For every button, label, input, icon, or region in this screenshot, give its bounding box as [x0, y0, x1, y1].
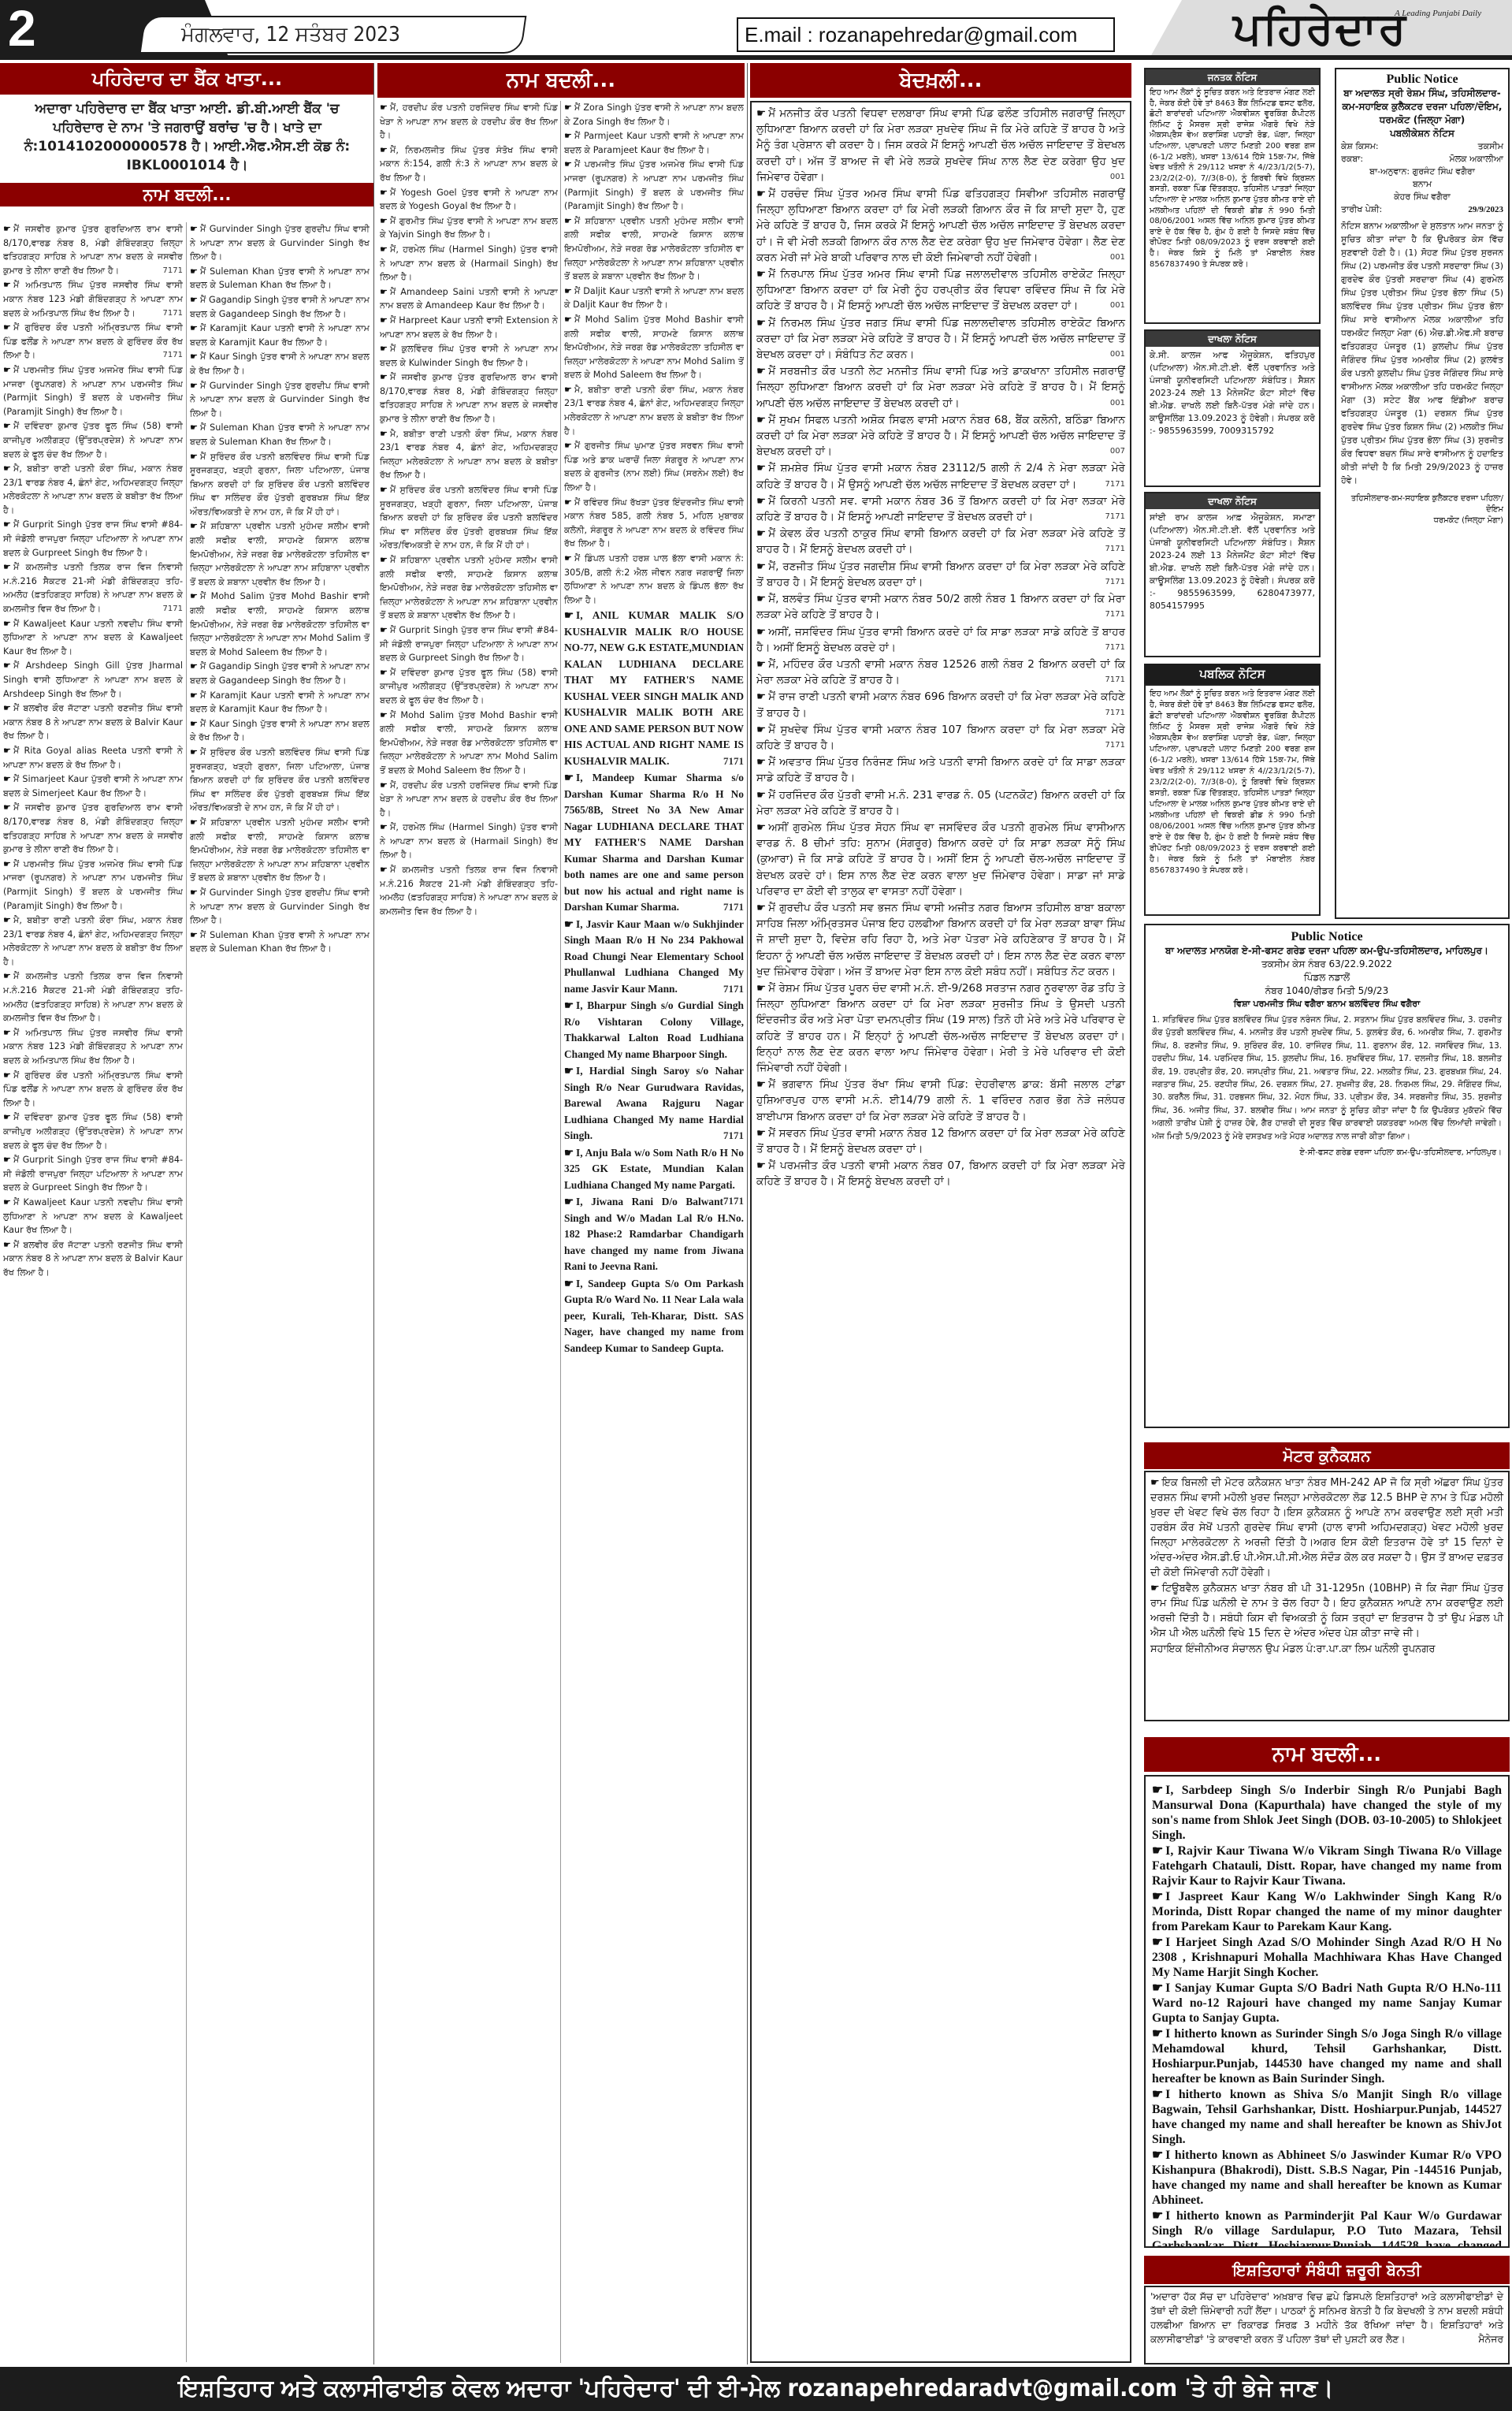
order-number: ਨੰਬਰ 1040/ਰੀਡਰ ਮਿਤੀ 5/9/23	[1152, 984, 1502, 998]
list-item: ☛ਮੈਂ ਦਵਿੰਦਰਾ ਕੁਮਾਰ ਪੁੱਤਰ ਫੂਲ ਸਿੰਘ (58) ਵ…	[3, 1111, 183, 1152]
pointing-hand-icon: ☛	[190, 887, 198, 898]
publication-notice-label: ਪਬਲੀਕੇਸ਼ਨ ਨੋਟਿਸ	[1341, 127, 1503, 140]
list-item: ☛ਮੈਂ ਅਵਤਾਰ ਸਿੰਘ ਪੁੱਤਰ ਨਿਰੰਜਣ ਸਿੰਘ ਅਤੇ ਪਤ…	[756, 754, 1125, 786]
pointing-hand-icon: ☛	[380, 188, 388, 198]
list-item: ☛ਮੈਂ ਸੁਰਿੰਦਰ ਕੌਰ ਪਤਨੀ ਬਲਵਿੰਦਰ ਸਿੰਘ ਵਾਸੀ …	[190, 450, 370, 519]
motor-connection-list: ☛ਇਕ ਬਿਜਲੀ ਦੀ ਮੋਟਰ ਕਨੈਕਸ਼ਨ ਖਾਤਾ ਨੰਬਰ MH-2…	[1144, 1471, 1510, 1721]
pointing-hand-icon: ☛	[380, 485, 388, 495]
admission-notice-header: ਦਾਖਲਾ ਨੋਟਿਸ	[1146, 493, 1319, 509]
list-item: ☛ਮੈਂ, ਬਲਵੰਤ ਸਿੰਘ ਪੁੱਤਰ ਵਾਸੀ ਮਕਾਨ ਨੰਬਰ 50…	[756, 591, 1125, 623]
pointing-hand-icon: ☛	[564, 497, 572, 508]
list-item: ☛ਮੈਂ ਗੁਰਜੀਤ ਸਿੰਘ ਘੁਮਾਣ ਪੁੱਤਰ ਸਰਵਨ ਸਿੰਘ ਵ…	[564, 439, 744, 494]
pointing-hand-icon: ☛	[3, 463, 11, 474]
list-item: ☛I hitherto known as Abhineet S/o Jaswin…	[1152, 2148, 1502, 2208]
list-item: ☛ਮੈਂ Simarjeet Kaur ਪੁੱਤਰੀ ਵਾਸੀ ਨੇ ਆਪਣਾ …	[3, 772, 183, 800]
list-item: ☛I Sanjay Kumar Gupta S/O Badri Nath Gup…	[1152, 1981, 1502, 2026]
disinherit-section: ਬੇਦਖ਼ਲੀ...	[750, 63, 1131, 98]
list-item: ☛ਮੈਂ ਪਰਮਜੀਤ ਕੌਰ ਪਤਨੀ ਵਾਸੀ ਮਕਾਨ ਨੰਬਰ 07, …	[756, 1158, 1125, 1189]
pointing-hand-icon: ☛	[1152, 1784, 1163, 1797]
pointing-hand-icon: ☛	[3, 774, 11, 784]
case-subject: ਵਿਸ਼ਾ ਪਰਮਜੀਤ ਸਿੰਘ ਵਗੈਰਾ ਬਨਾਮ ਬਲਵਿੰਦਰ ਸਿੰ…	[1152, 998, 1502, 1010]
list-item: ☛ਮੈਂ ਪਰਮਜੀਤ ਸਿੰਘ ਪੁੱਤਰ ਅਜਮੇਰ ਸਿੰਘ ਵਾਸੀ ਪ…	[564, 158, 744, 213]
list-item: ☛ਮੈਂ Gurvinder Singh ਪੁੱਤਰ ਗੁਰਦੀਪ ਸਿੰਘ ਵ…	[190, 886, 370, 928]
list-item: ☛ਮੈਂ ਅਮਿਤਪਾਲ ਸਿੰਘ ਪੁੱਤਰ ਜਸਵੀਰ ਸਿੰਘ ਵਾਸੀ …	[3, 278, 183, 320]
pointing-hand-icon: ☛	[564, 441, 572, 451]
pointing-hand-icon: ☛	[3, 703, 11, 713]
pointing-hand-icon: ☛	[3, 660, 11, 671]
list-item: ☛ਮੈਂ ਹਰਚੰਦ ਸਿੰਘ ਪੁੱਤਰ ਅਮਰ ਸਿੰਘ ਵਾਸੀ ਪਿੰਡ…	[756, 186, 1125, 266]
pointing-hand-icon: ☛	[380, 244, 388, 255]
pointing-hand-icon: ☛	[756, 268, 766, 281]
list-item: ☛ਮੈਂ Harpreet Kaur ਪਤਨੀ ਵਾਸੀ Extension ਨ…	[380, 314, 558, 341]
name-change-mid-col-a: ☛ਮੈਂ, ਹਰਦੀਪ ਕੌਰ ਪਤਨੀ ਹਰਜਿੰਦਰ ਸਿੰਘ ਵਾਸੀ ਪ…	[380, 101, 558, 2363]
list-item: ☛ਮੈਂ ਕਮਲਜੀਤ ਪਤਨੀ ਤਿਲਕ ਰਾਜ ਵਿਜ ਨਿਵਾਸੀ ਮ.ਨ…	[3, 969, 183, 1025]
list-item: ☛ਮੈਂ Suleman Khan ਪੁੱਤਰ ਵਾਸੀ ਨੇ ਆਪਣਾ ਨਾਮ…	[190, 421, 370, 448]
pointing-hand-icon: ☛	[756, 495, 766, 508]
pointing-hand-icon: ☛	[756, 527, 766, 540]
pointing-hand-icon: ☛	[190, 422, 198, 433]
name-change-header-middle: ਨਾਮ ਬਦਲੀ...	[377, 63, 745, 98]
list-item: ☛ਮੈਂ Gurvinder Singh ਪੁੱਤਰ ਗੁਰਦੀਪ ਸਿੰਘ ਵ…	[190, 379, 370, 421]
pointing-hand-icon: ☛	[564, 216, 572, 226]
pointing-hand-icon: ☛	[564, 1065, 574, 1077]
pointing-hand-icon: ☛	[564, 609, 574, 621]
pointing-hand-icon: ☛	[3, 971, 11, 981]
list-item: ☛I, Bharpur Singh s/o Gurdial Singh R/o …	[564, 998, 744, 1062]
pointing-hand-icon: ☛	[380, 287, 388, 297]
pointing-hand-icon: ☛	[1150, 1583, 1160, 1594]
pointing-hand-icon: ☛	[1152, 2027, 1163, 2041]
pointing-hand-icon: ☛	[756, 724, 766, 736]
list-item: ☛ਮੈਂ ਨਿਰਮਲ ਸਿੰਘ ਪੁੱਤਰ ਜਗਤ ਸਿੰਘ ਵਾਸੀ ਪਿੰਡ…	[756, 315, 1125, 363]
case-number: ਤਕਸੀਮ ਕੇਸ ਨੰਬਰ 63/22.9.2022	[1152, 958, 1502, 971]
pointing-hand-icon: ☛	[3, 365, 11, 375]
pointing-hand-icon: ☛	[1152, 2149, 1163, 2162]
pointing-hand-icon: ☛	[380, 822, 388, 832]
pointing-hand-icon: ☛	[190, 381, 198, 391]
pointing-hand-icon: ☛	[380, 344, 388, 354]
list-item: ☛ਮੈਂ Kaur Singh ਪੁੱਤਰ ਵਾਸੀ ਨੇ ਆਪਣਾ ਨਾਮ ਬ…	[190, 717, 370, 745]
pointing-hand-icon: ☛	[190, 352, 198, 362]
pointing-hand-icon: ☛	[380, 102, 388, 113]
list-item: ☛I, Sandeep Gupta S/o Om Parkash Gupta R…	[564, 1276, 744, 1357]
pointing-hand-icon: ☛	[756, 658, 766, 671]
list-item: ☛ਮੈਂ Suleman Khan ਪੁੱਤਰ ਵਾਸੀ ਨੇ ਆਪਣਾ ਨਾਮ…	[190, 928, 370, 956]
area-row: ਰਕਬਾ:ਮੋਲਕ ਅਕਾਲੀਆ	[1341, 153, 1503, 166]
pointing-hand-icon: ☛	[756, 188, 766, 200]
list-item: ☛ਅਸੀਂ ਗੁਰਮੇਲ ਸਿੰਘ ਪੁੱਤਰ ਸੋਹਨ ਸਿੰਘ ਵਾ ਜਸਵ…	[756, 820, 1125, 899]
pointing-hand-icon: ☛	[3, 1240, 11, 1250]
list-item: ☛ਮੈਂ ਸ਼ਹਿਬਾਨਾ ਪ੍ਰਵੀਨ ਪਤਨੀ ਮੁਹੰਮਦ ਸਲੀਮ ਵਾ…	[380, 553, 558, 623]
list-item: ☛ਮੈਂ Mohd Salim ਪੁੱਤਰ Mohd Bashir ਵਾਸੀ ਗ…	[564, 313, 744, 382]
list-item: ☛I, Rajvir Kaur Tiwana W/o Vikram Singh …	[1152, 1844, 1502, 1888]
pointing-hand-icon: ☛	[190, 224, 198, 234]
footer-banner: ਇਸ਼ਤਿਹਾਰ ਅਤੇ ਕਲਾਸੀਫਾਈਡ ਕੇਵਲ ਅਦਾਰਾ 'ਪਹਿਰੇ…	[0, 2367, 1512, 2411]
pointing-hand-icon: ☛	[190, 266, 198, 277]
list-item: ☛I Harjeet Singh Azad S/O Mohinder Singh…	[1152, 1935, 1502, 1980]
pointing-hand-icon: ☛	[190, 295, 198, 305]
motor-signature: ਸਹਾਇਕ ਇੰਜੀਨੀਅਰ ਸੰਚਾਲਨ ਉਪ ਮੰਡਲ ਪੰ:ਰਾ.ਪਾ.ਕ…	[1150, 1642, 1503, 1657]
newspaper-logo: ਪਹਿਰੇਦਾਰ	[1233, 5, 1407, 54]
list-item: ☛ਮੈਂ Gurprit Singh ਪੁੱਤਰ ਰਾਜ ਸਿੰਘ ਵਾਸੀ #…	[380, 623, 558, 665]
list-item: ☛ਮੈਂ Kaur Singh ਪੁੱਤਰ ਵਾਸੀ ਨੇ ਆਪਣਾ ਨਾਮ ਬ…	[190, 350, 370, 378]
list-item: ☛I, Mandeep Kumar Sharma s/o Darshan Kum…	[564, 770, 744, 916]
contact-email[interactable]: E.mail : rozanapehredar@gmail.com	[745, 22, 1077, 47]
ad-request-header: ਇਸ਼ਤਿਹਾਰਾਂ ਸੰਬੰਧੀ ਜ਼ਰੂਰੀ ਬੇਨਤੀ	[1144, 2256, 1510, 2284]
english-name-change-list: ☛I, ANIL KUMAR MALIK S/O KUSHALVIR MALIK…	[564, 608, 744, 1356]
list-item: ☛I hitherto known as Shiva S/o Manjit Si…	[1152, 2087, 1502, 2147]
list-item: ☛ਮੈਂ ਹਰਜਿੰਦਰ ਕੌਰ ਪੁੱਤਰੀ ਵਾਸੀ ਮ.ਨੰ. 231 ਵ…	[756, 787, 1125, 819]
list-item: ☛ਮੈਂ ਗੁਰਿੰਦਰ ਕੌਰ ਪਤਨੀ ਅੰਮ੍ਰਿਤਪਾਲ ਸਿੰਘ ਵਾ…	[3, 1069, 183, 1111]
pointing-hand-icon: ☛	[564, 131, 572, 141]
tagline: A Leading Punjabi Daily	[1395, 8, 1481, 19]
pointing-hand-icon: ☛	[756, 365, 766, 378]
janatak-notice-header: ਜਨਤਕ ਨੋਟਿਸ	[1146, 69, 1319, 85]
english-name-change-list: ☛I, Sarbdeep Singh S/o Inderbir Singh R/…	[1144, 1775, 1510, 2248]
list-item: ☛ਮੈਂ Gurprit Singh ਪੁੱਤਰ ਰਾਜ ਸਿੰਘ ਵਾਸੀ #…	[3, 518, 183, 560]
list-item: ☛ਮੈ, ਬਬੀਤਾ ਰਾਣੀ ਪਤਨੀ ਕੌਰਾ ਸਿੰਘ, ਮਕਾਨ ਨੰਬ…	[3, 913, 183, 969]
list-item: ☛ਮੈਂ Karamjit Kaur ਪਤਨੀ ਵਾਸੀ ਨੇ ਆਪਣਾ ਨਾਮ…	[190, 689, 370, 716]
pointing-hand-icon: ☛	[3, 1112, 11, 1122]
case-type-row: ਕੇਸ਼ ਕਿਸਮ:ਤਕਸੀਮ	[1341, 140, 1503, 153]
pointing-hand-icon: ☛	[756, 690, 766, 703]
pointing-hand-icon: ☛	[564, 553, 572, 564]
pointing-hand-icon: ☛	[380, 555, 388, 565]
list-item: ☛ਅਸੀਂ, ਜਸਵਿੰਦਰ ਸਿੰਘ ਪੁੱਤਰ ਵਾਸੀ ਬਿਆਨ ਕਰਦੇ…	[756, 624, 1125, 656]
pointing-hand-icon: ☛	[1150, 1477, 1160, 1489]
name-change-left-col-b: ☛ਮੈਂ Gurvinder Singh ਪੁੱਤਰ ਗੁਰਦੀਪ ਸਿੰਘ ਵ…	[190, 222, 370, 2362]
pointing-hand-icon: ☛	[3, 1028, 11, 1038]
list-item: ☛ਮੈਂ ਰੇਸ਼ਮ ਸਿੰਘ ਪੁੱਤਰ ਪੂਰਨ ਚੰਦ ਵਾਸੀ ਮ.ਨੰ…	[756, 980, 1125, 1076]
list-item: ☛ਮੈਂ, ਹਰਦੀਪ ਕੌਰ ਪਤਨੀ ਹਰਜਿੰਦਰ ਸਿੰਘ ਵਾਸੀ ਪ…	[380, 101, 558, 143]
masthead-rule	[0, 55, 1512, 60]
list-item: ☛ਮੈ, ਬਬੀਤਾ ਰਾਣੀ ਪਤਨੀ ਕੌਰਾ ਸਿੰਘ, ਮਕਾਨ ਨੰਬ…	[564, 383, 744, 438]
court-name: ਬਾ ਅਦਾਲਤ ਮਾਨਯੋਗ ਏ-ਸੀ-ਫਸਟ ਗਰੇਡ ਦਰਜਾ ਪਹਿਲਾ…	[1152, 944, 1502, 958]
pointing-hand-icon: ☛	[564, 286, 572, 296]
public-notice-header: ਪਬਲਿਕ ਨੋਟਿਸ	[1144, 664, 1321, 684]
pointing-hand-icon: ☛	[190, 452, 198, 462]
pointing-hand-icon: ☛	[564, 1196, 574, 1207]
name-change-header-left: ਨਾਮ ਬਦਲੀ...	[0, 183, 374, 206]
list-item: ☛ਮੈਂ Amandeep Saini ਪਤਨੀ ਵਾਸੀ ਨੇ ਆਪਣਾ ਨਾ…	[380, 285, 558, 313]
list-item: ☛ਮੈਂ ਦਵਿੰਦਰਾ ਕੁਮਾਰ ਪੁੱਤਰ ਫੂਲ ਸਿੰਘ (58) ਵ…	[3, 419, 183, 461]
pointing-hand-icon: ☛	[756, 1159, 766, 1172]
pointing-hand-icon: ☛	[380, 372, 388, 382]
list-item: ☛ਮੈਂ Mohd Salim ਪੁੱਤਰ Mohd Bashir ਵਾਸੀ ਗ…	[380, 709, 558, 778]
list-item: ☛ਮੈਂ Yogesh Goel ਪੁੱਤਰ ਵਾਸੀ ਨੇ ਆਪਣਾ ਨਾਮ …	[380, 186, 558, 214]
list-item: ☛ਮੈਂ ਨਿਰਪਾਲ ਸਿੰਘ ਪੁੱਤਰ ਅਮਰ ਸਿੰਘ ਵਾਸੀ ਪਿੰ…	[756, 266, 1125, 314]
janatak-notice-text: ਇਹ ਆਮ ਲੋਕਾਂ ਨੂੰ ਸੂਚਿਤ ਕਰਨ ਅਤੇ ਇਤਰਾਜ਼ ਮੰਗ…	[1146, 85, 1319, 272]
name-change-mid-col-b: ☛ਮੈਂ Zora Singh ਪੁੱਤਰ ਵਾਸੀ ਨੇ ਆਪਣਾ ਨਾਮ ਬ…	[564, 101, 744, 2363]
pointing-hand-icon: ☛	[190, 661, 198, 672]
court-place: ਧਰਮਕੋਟ (ਜਿਲ੍ਹਾ ਮੋਗਾ)	[1341, 515, 1503, 526]
pointing-hand-icon: ☛	[756, 107, 766, 120]
left-section: ਪਹਿਰੇਦਾਰ ਦਾ ਬੈਂਕ ਖਾਤਾ... ਅਦਾਰਾ ਪਹਿਰੇਦਾਰ …	[0, 63, 374, 206]
pointing-hand-icon: ☛	[190, 817, 198, 828]
court-notice-body: 1. ਸਤਿਵਿੰਦਰ ਸਿੰਘ ਪੁੱਤਰ ਬਲਵਿੰਦਰ ਸਿੰਘ ਪੁੱਤ…	[1152, 1014, 1502, 1143]
pointing-hand-icon: ☛	[756, 462, 766, 474]
pointing-hand-icon: ☛	[3, 1197, 11, 1207]
pointing-hand-icon: ☛	[1152, 2088, 1163, 2101]
page-number: 2	[8, 2, 36, 55]
masthead: 2 ਮੰਗਲਵਾਰ, 12 ਸਤੰਬਰ 2023 E.mail : rozana…	[0, 0, 1512, 60]
pointing-hand-icon: ☛	[564, 385, 572, 395]
list-item: ☛ਮੈਂ ਸ਼ਹਿਬਾਨਾ ਪ੍ਰਵੀਨ ਪਤਨੀ ਮੁਹੰਮਦ ਸਲੀਮ ਵਾ…	[564, 214, 744, 284]
name-change-left-col-a: ☛ਮੈਂ ਜਸਵੀਰ ਕੁਮਾਰ ਪੁੱਤਰ ਗੁਰਦਿਆਲ ਰਾਮ ਵਾਸੀ …	[3, 222, 183, 2362]
list-item: ☛ਮੈਂ ਕਿਰਨੀ ਪਤਨੀ ਸਵ. ਵਾਸੀ ਮਕਾਨ ਨੰਬਰ 36 ਤੋ…	[756, 493, 1125, 525]
issue-date: ਮੰਗਲਵਾਰ, 12 ਸਤੰਬਰ 2023	[181, 22, 400, 47]
list-item: ☛I, Sarbdeep Singh S/o Inderbir Singh R/…	[1152, 1783, 1502, 1843]
pointing-hand-icon: ☛	[380, 216, 388, 226]
column-divider	[560, 101, 561, 2363]
pointing-hand-icon: ☛	[756, 756, 766, 768]
pointing-hand-icon: ☛	[1152, 1981, 1163, 1995]
list-item: ☛ਮੈਂ Mohd Salim ਪੁੱਤਰ Mohd Bashir ਵਾਸੀ ਗ…	[190, 590, 370, 659]
pointing-hand-icon: ☛	[3, 519, 11, 530]
court-signature: ਤਹਿਸੀਲਦਾਰ-ਕਮ-ਸਹਾਇਕ ਕੁਲੈਕਟਰ ਦਰਜਾ ਪਹਿਲਾ/ਦੋ…	[1341, 493, 1503, 515]
public-notice-text: ਇਹ ਆਮ ਲੋਕਾਂ ਨੂੰ ਸੂਚਿਤ ਕਰਨ ਅਤੇ ਇਤਰਾਜ਼ ਮੰਗ…	[1144, 684, 1321, 916]
pointing-hand-icon: ☛	[1152, 2209, 1163, 2223]
admission-notice-header: ਦਾਖਲਾ ਨੋਟਿਸ	[1146, 331, 1319, 347]
bank-account-text: ਅਦਾਰਾ ਪਹਿਰੇਦਾਰ ਦਾ ਬੈਂਕ ਖਾਤਾ ਆਈ. ਡੀ.ਬੀ.ਆਈ…	[0, 95, 374, 180]
pointing-hand-icon: ☛	[190, 719, 198, 729]
list-item: ☛ਮੈਂ Gurvinder Singh ਪੁੱਤਰ ਗੁਰਦੀਪ ਸਿੰਘ ਵ…	[190, 222, 370, 264]
list-item: ☛I hitherto known as Surinder Singh S/o …	[1152, 2026, 1502, 2086]
ad-request-text: 'ਅਦਾਰਾ ਹੱਕ ਸੱਚ ਦਾ ਪਹਿਰੇਦਾਰ' ਅਖ਼ਬਾਰ ਵਿਚ ਛ…	[1150, 2290, 1503, 2345]
court-notice-title: Public Notice	[1152, 930, 1502, 944]
pointing-hand-icon: ☛	[564, 1147, 574, 1159]
list-item: ☛ਮੈਂ ਕੁਲਵਿੰਦਰ ਸਿੰਘ ਪੁੱਤਰ ਵਾਸੀ ਨੇ ਆਪਣਾ ਨਾ…	[380, 342, 558, 370]
list-item: ☛ਮੈਂ ਗੁਰਿੰਦਰ ਕੌਰ ਪਤਨੀ ਅੰਮ੍ਰਿਤਪਾਲ ਸਿੰਘ ਵਾ…	[3, 321, 183, 363]
pointing-hand-icon: ☛	[564, 918, 574, 930]
pointing-hand-icon: ☛	[756, 821, 766, 834]
disinherit-list: ☛ਮੈਂ ਮਨਜੀਤ ਕੌਰ ਪਤਨੀ ਵਿਧਵਾ ਦਲਬਾਰਾ ਸਿੰਘ ਵਾ…	[750, 101, 1131, 2363]
list-item: ☛ਮੈਂ, ਹਰਮੇਲ ਸਿੰਘ (Harmel Singh) ਪੁੱਤਰ ਵਾ…	[380, 820, 558, 862]
list-item: ☛ਮੈਂ ਗੁਰਮੀਤ ਸਿੰਘ ਪੁੱਤਰ ਵਾਸੀ ਨੇ ਆਪਣਾ ਨਾਮ …	[380, 214, 558, 242]
pointing-hand-icon: ☛	[380, 668, 388, 678]
pointing-hand-icon: ☛	[3, 322, 11, 333]
pointing-hand-icon: ☛	[3, 1155, 11, 1165]
pointing-hand-icon: ☛	[3, 562, 11, 572]
pointing-hand-icon: ☛	[190, 930, 198, 940]
list-item: ☛ਮੈਂ Rita Goyal alias Reeta ਪਤਨੀ ਵਾਸੀ ਨੇ…	[3, 744, 183, 772]
list-item: ☛ਮੈਂ ਰਵਿੰਦਰ ਸਿੰਘ ਰੱਖੜਾ ਪੁੱਤਰ ਇੰਦਰਜੀਤ ਸਿੰ…	[564, 496, 744, 551]
list-item: ☛ਮੈਂ Gurprit Singh ਪੁੱਤਰ ਰਾਜ ਸਿੰਘ ਵਾਸੀ #…	[3, 1153, 183, 1195]
court-notice-body: ਨੋਟਿਸ ਬਨਾਮ ਅਕਾਲੀਆ ਦੇ ਸੁਲਤਾਨ ਆਮ ਜਨਤਾ ਨੂੰ …	[1341, 219, 1503, 487]
list-item: ☛ਮੈਂ ਰਾਜ ਰਾਣੀ ਪਤਨੀ ਵਾਸੀ ਮਕਾਨ ਨੰਬਰ 696 ਬਿ…	[756, 689, 1125, 720]
public-notice-lost-docs: ਪਬਲਿਕ ਨੋਟਿਸ ਇਹ ਆਮ ਲੋਕਾਂ ਨੂੰ ਸੂਚਿਤ ਕਰਨ ਅਤ…	[1144, 664, 1321, 916]
motor-connection-header: ਮੋਟਰ ਕੁਨੈਕਸ਼ਨ	[1144, 1442, 1510, 1469]
list-item: ☛ਟਿਊਬਵੈਲ ਕੁਨੈਕਸ਼ਨ ਖਾਤਾ ਨੰਬਰ ਬੀ ਪੀ 31-129…	[1150, 1581, 1503, 1641]
list-item: ☛ਮੈਂ ਬਲਵੀਰ ਕੌਰ ਜੱਟਾਣਾ ਪਤਨੀ ਰਣਜੀਤ ਸਿੰਘ ਵਾ…	[3, 701, 183, 743]
court-notice-title: Public Notice	[1341, 73, 1503, 87]
list-item: ☛ਮੈਂ Kawaljeet Kaur ਪਤਨੀ ਨਵਦੀਪ ਸਿੰਘ ਵਾਸੀ…	[3, 1196, 183, 1237]
pointing-hand-icon: ☛	[3, 1070, 11, 1081]
pointing-hand-icon: ☛	[756, 982, 766, 995]
pointing-hand-icon: ☛	[1152, 1890, 1163, 1903]
list-item: ☛ਮੈ, ਬਬੀਤਾ ਰਾਣੀ ਪਤਨੀ ਕੌਰਾ ਸਿੰਘ, ਮਕਾਨ ਨੰਬ…	[3, 462, 183, 517]
list-item: ☛ਮੈਂ ਪਰਮਜੀਤ ਸਿੰਘ ਪੁੱਤਰ ਅਜਮੇਰ ਸਿੰਘ ਵਾਸੀ ਪ…	[3, 858, 183, 913]
list-item: ☛ਮੈਂ ਅਮਿਤਪਾਲ ਸਿੰਘ ਪੁੱਤਰ ਜਸਵੀਰ ਸਿੰਘ ਵਾਸੀ …	[3, 1026, 183, 1068]
pointing-hand-icon: ☛	[3, 619, 11, 629]
hearing-date-row: ਤਾਰੀਖ ਪੇਸ਼ੀ:29/9/2023	[1341, 203, 1503, 216]
pointing-hand-icon: ☛	[380, 145, 388, 155]
versus-label: ਬਨਾਮ	[1341, 178, 1503, 191]
admission-notice-1: ਦਾਖਲਾ ਨੋਟਿਸ ਕੇ.ਸੀ. ਕਾਲਜ ਆਫ ਐਜੂਕੇਸ਼ਨ, ਫਤਿ…	[1144, 329, 1321, 487]
pointing-hand-icon: ☛	[3, 802, 11, 813]
pointing-hand-icon: ☛	[756, 560, 766, 573]
pointing-hand-icon: ☛	[756, 414, 766, 426]
pointing-hand-icon: ☛	[190, 747, 198, 757]
list-item: ☛ਮੈਂ ਸੁਖਮ ਸਿਫਲ ਪਤਨੀ ਅਸ਼ੋਕ ਸਿਫਲ ਵਾਸੀ ਮਕਾਨ…	[756, 412, 1125, 460]
pointing-hand-icon: ☛	[756, 902, 766, 914]
court-name: ਬਾ ਅਦਾਲਤ ਸ੍ਰੀ ਰੇਸ਼ਮ ਸਿੰਘ, ਤਹਿਸੀਲਦਾਰ-ਕਮ-ਸ…	[1341, 87, 1503, 127]
court-signature: ਏ-ਸੀ-ਫਸਟ ਗਰੇਡ ਦਰਜਾ ਪਹਿਲਾ ਕਮ-ਉਪ-ਤਹਿਸੀਲਦਾਰ…	[1152, 1148, 1502, 1159]
list-item: ☛I Jaspreet Kaur Kang W/o Lakhwinder Sin…	[1152, 1889, 1502, 1934]
list-item: ☛ਇਕ ਬਿਜਲੀ ਦੀ ਮੋਟਰ ਕਨੈਕਸ਼ਨ ਖਾਤਾ ਨੰਬਰ MH-2…	[1150, 1475, 1503, 1580]
pointing-hand-icon: ☛	[3, 915, 11, 925]
pointing-hand-icon: ☛	[380, 780, 388, 791]
pointing-hand-icon: ☛	[756, 1078, 766, 1091]
pointing-hand-icon: ☛	[564, 314, 572, 325]
pointing-hand-icon: ☛	[564, 999, 574, 1011]
list-item: ☛I, Jiwana Rani D/o Balwant Singh and W/…	[564, 1194, 744, 1275]
pointing-hand-icon: ☛	[3, 224, 11, 234]
list-item: ☛ਮੈਂ ਗੁਰਦੀਪ ਕੌਰ ਪਤਨੀ ਸਵ ਭਜਨ ਸਿੰਘ ਵਾਸੀ ਅਜ…	[756, 900, 1125, 980]
name-change-header-english: ਨਾਮ ਬਦਲੀ...	[1144, 1737, 1510, 1772]
list-item: ☛ਮੈਂ ਮਨਜੀਤ ਕੌਰ ਪਤਨੀ ਵਿਧਵਾ ਦਲਬਾਰਾ ਸਿੰਘ ਵਾ…	[756, 106, 1125, 185]
list-item: ☛ਮੈਂ ਜਸਵੀਰ ਕੁਮਾਰ ਪੁੱਤਰ ਗੁਰਦਿਆਲ ਰਾਮ ਵਾਸੀ …	[3, 222, 183, 277]
pointing-hand-icon: ☛	[380, 710, 388, 720]
admission-notice-2: ਦਾਖਲਾ ਨੋਟਿਸ ਸਾਂਈ ਰਾਮ ਕਾਲਜ ਆਫ਼ ਐਜੂਕੇਸ਼ਨ, …	[1144, 492, 1321, 657]
list-item: ☛ਮੈ, ਬਬੀਤਾ ਰਾਣੀ ਪਤਨੀ ਕੌਰਾ ਸਿੰਘ, ਮਕਾਨ ਨੰਬ…	[380, 427, 558, 482]
pointing-hand-icon: ☛	[564, 102, 572, 113]
village-name: ਪਿੰਡਲ ਨਡਾਲੋਂ	[1152, 971, 1502, 984]
admission-notice-text: ਸਾਂਈ ਰਾਮ ਕਾਲਜ ਆਫ਼ ਐਜੂਕੇਸ਼ਨ, ਸਮਾਣਾ (ਪਟਿਆਲ…	[1146, 509, 1319, 615]
list-item: ☛ਮੈਂ ਸੁਰਿੰਦਰ ਕੌਰ ਪਤਨੀ ਬਲਵਿੰਦਰ ਸਿੰਘ ਵਾਸੀ …	[380, 483, 558, 553]
pointing-hand-icon: ☛	[756, 593, 766, 605]
pointing-hand-icon: ☛	[564, 1278, 574, 1289]
pointing-hand-icon: ☛	[380, 315, 388, 326]
column-divider	[186, 222, 187, 2362]
list-item: ☛I, Anju Bala w/o Som Nath R/o H No 325 …	[564, 1145, 744, 1194]
pointing-hand-icon: ☛	[756, 789, 766, 802]
list-item: ☛ਮੈਂ, ਰਣਜੀਤ ਸਿੰਘ ਪੁੱਤਰ ਜਗਦੀਸ਼ ਸਿੰਘ ਵਾਸੀ …	[756, 559, 1125, 590]
pointing-hand-icon: ☛	[756, 1127, 766, 1140]
list-item: ☛ਮੈਂ Gagandip Singh ਪੁੱਤਰ ਵਾਸੀ ਨੇ ਆਪਣਾ ਨ…	[190, 660, 370, 687]
list-item: ☛ਮੈਂ ਸੁਖਦੇਵ ਸਿੰਘ ਪੁੱਤਰ ਵਾਸੀ ਮਕਾਨ ਨੰਬਰ 10…	[756, 722, 1125, 753]
name-change-middle-section: ਨਾਮ ਬਦਲੀ...	[377, 63, 745, 98]
list-item: ☛ਮੈਂ Arshdeep Singh Gill ਪੁੱਤਰ Jharmal S…	[3, 659, 183, 701]
pointing-hand-icon: ☛	[190, 591, 198, 601]
pointing-hand-icon: ☛	[380, 625, 388, 635]
list-item: ☛ਮੈਂ ਸ਼ਹਿਬਾਨਾ ਪ੍ਰਵੀਨ ਪਤਨੀ ਮੁਹੰਮਦ ਸਲੀਮ ਵਾ…	[190, 816, 370, 885]
ad-request-box: 'ਅਦਾਰਾ ਹੱਕ ਸੱਚ ਦਾ ਪਹਿਰੇਦਾਰ' ਅਖ਼ਬਾਰ ਵਿਚ ਛ…	[1144, 2286, 1510, 2364]
list-item: ☛I hitherto known as Parminderjit Pal Ka…	[1152, 2208, 1502, 2248]
list-item: ☛ਮੈਂ ਕਮਲਜੀਤ ਪਤਨੀ ਤਿਲਕ ਰਾਜ ਵਿਜ ਨਿਵਾਸੀ ਮ.ਨ…	[380, 863, 558, 918]
list-item: ☛ਮੈਂ Zora Singh ਪੁੱਤਰ ਵਾਸੀ ਨੇ ਆਪਣਾ ਨਾਮ ਬ…	[564, 101, 744, 128]
list-item: ☛ਮੈਂ, ਮਹਿੰਦਰ ਕੌਰ ਪਤਨੀ ਵਾਸੀ ਮਕਾਨ ਨੰਬਰ 125…	[756, 657, 1125, 688]
pointing-hand-icon: ☛	[756, 317, 766, 329]
pointing-hand-icon: ☛	[756, 626, 766, 638]
pointing-hand-icon: ☛	[564, 159, 572, 169]
list-item: ☛ਮੈਂ ਕੇਵਲ ਕੌਰ ਪਤਨੀ ਠਾਕੁਰ ਸਿੰਘ ਵਾਸੀ ਬਿਆਨ …	[756, 526, 1125, 557]
ad-request-signature: ਮੈਨੇਜਰ	[1478, 2332, 1503, 2346]
pointing-hand-icon: ☛	[190, 521, 198, 531]
list-item: ☛ਮੈਂ ਸ਼ਮਸ਼ੇਰ ਸਿੰਘ ਪੁੱਤਰ ਵਾਸੀ ਮਕਾਨ ਨੰਬਰ 2…	[756, 460, 1125, 492]
pointing-hand-icon: ☛	[3, 859, 11, 869]
bank-account-header: ਪਹਿਰੇਦਾਰ ਦਾ ਬੈਂਕ ਖਾਤਾ...	[0, 63, 374, 95]
public-notice-janatak: ਜਨਤਕ ਨੋਟਿਸ ਇਹ ਆਮ ਲੋਕਾਂ ਨੂੰ ਸੂਚਿਤ ਕਰਨ ਅਤੇ…	[1144, 68, 1321, 324]
pointing-hand-icon: ☛	[1152, 1936, 1163, 1949]
list-item: ☛ਮੈਂ ਡਿੰਪਲ ਪਤਨੀ ਹਰਸ਼ ਪਾਲ ਭੱਲਾ ਵਾਸੀ ਮਕਾਨ …	[564, 552, 744, 607]
list-item: ☛ਮੈਂ ਜਸਵੀਰ ਕੁਮਾਰ ਪੁੱਤਰ ਗੁਰਦਿਆਲ ਰਾਮ ਵਾਸੀ …	[380, 370, 558, 426]
pointing-hand-icon: ☛	[3, 421, 11, 431]
list-item: ☛ਮੈਂ Suleman Khan ਪੁੱਤਰ ਵਾਸੀ ਨੇ ਆਪਣਾ ਨਾਮ…	[190, 265, 370, 292]
list-item: ☛ਮੈਂ ਪਰਮਜੀਤ ਸਿੰਘ ਪੁੱਤਰ ਅਜਮੇਰ ਸਿੰਘ ਵਾਸੀ ਪ…	[3, 363, 183, 419]
list-item: ☛ਮੈਂ, ਹਰਮੇਲ ਸਿੰਘ (Harmel Singh) ਪੁੱਤਰ ਵਾ…	[380, 243, 558, 285]
list-item: ☛I, ANIL KUMAR MALIK S/O KUSHALVIR MALIK…	[564, 608, 744, 769]
list-item: ☛ਮੈਂ, ਨਿਰਮਲਜੀਤ ਸਿੰਘ ਪੁੱਤਰ ਸੰਤੋਖ ਸਿੰਘ ਵਾਸ…	[380, 143, 558, 185]
admission-notice-text: ਕੇ.ਸੀ. ਕਾਲਜ ਆਫ ਐਜੂਕੇਸ਼ਨ, ਫਤਿਹਪੁਰ (ਪਟਿਆਲਾ…	[1146, 347, 1319, 440]
column-divider	[373, 63, 374, 2364]
list-item: ☛ਮੈਂ ਸਵਰਨ ਸਿੰਘ ਪੁੱਤਰ ਵਾਸੀ ਮਕਾਨ ਨੰਬਰ 12 ਬ…	[756, 1126, 1125, 1157]
list-item: ☛ਮੈਂ Daljit Kaur ਪਤਨੀ ਵਾਸੀ ਨੇ ਆਪਣਾ ਨਾਮ ਬ…	[564, 285, 744, 312]
pointing-hand-icon: ☛	[564, 772, 574, 783]
list-item: ☛ਮੈਂ Karamjit Kaur ਪਤਨੀ ਵਾਸੀ ਨੇ ਆਪਣਾ ਨਾਮ…	[190, 322, 370, 349]
court-notice-mahilpur: Public Notice ਬਾ ਅਦਾਲਤ ਮਾਨਯੋਗ ਏ-ਸੀ-ਫਸਟ ਗ…	[1144, 924, 1510, 1428]
list-item: ☛ਮੈਂ ਸ਼ਹਿਬਾਨਾ ਪ੍ਰਵੀਨ ਪਤਨੀ ਮੁਹੰਮਦ ਸਲੀਮ ਵਾ…	[190, 519, 370, 589]
list-item: ☛ਮੈਂ ਜਸਵੀਰ ਕੁਮਾਰ ਪੁੱਤਰ ਗੁਰਦਿਆਲ ਰਾਮ ਵਾਸੀ …	[3, 801, 183, 856]
disinherit-header: ਬੇਦਖ਼ਲੀ...	[750, 63, 1131, 98]
respondent: ਕੇਹਰ ਸਿੰਘ ਵਗੈਰਾ	[1341, 191, 1503, 203]
pointing-hand-icon: ☛	[3, 746, 11, 756]
list-item: ☛I, Hardial Singh Saroy s/o Nahar Singh …	[564, 1063, 744, 1144]
pointing-hand-icon: ☛	[190, 323, 198, 333]
list-item: ☛ਮੈਂ Gagandip Singh ਪੁੱਤਰ ਵਾਸੀ ਨੇ ਆਪਣਾ ਨ…	[190, 293, 370, 321]
pointing-hand-icon: ☛	[190, 690, 198, 701]
column-divider	[747, 63, 748, 2364]
list-item: ☛ਮੈਂ, ਹਰਦੀਪ ਕੌਰ ਪਤਨੀ ਹਰਜਿੰਦਰ ਸਿੰਘ ਵਾਸੀ ਪ…	[380, 779, 558, 820]
list-item: ☛ਮੈਂ ਸਰਬਜੀਤ ਕੌਰ ਪਤਨੀ ਲੇਟ ਮਨਜੀਤ ਸਿੰਘ ਵਾਸੀ…	[756, 363, 1125, 411]
list-item: ☛ਮੈਂ ਭਗਵਾਨ ਸਿੰਘ ਪੁੱਤਰ ਰੱਖਾ ਸਿੰਘ ਵਾਸੀ ਪਿੰ…	[756, 1077, 1125, 1125]
list-item: ☛ਮੈਂ ਸੁਰਿੰਦਰ ਕੌਰ ਪਤਨੀ ਬਲਵਿੰਦਰ ਸਿੰਘ ਵਾਸੀ …	[190, 746, 370, 815]
court-notice-dharamkot: Public Notice ਬਾ ਅਦਾਲਤ ਸ੍ਰੀ ਰੇਸ਼ਮ ਸਿੰਘ, …	[1335, 68, 1510, 919]
list-item: ☛ਮੈਂ ਬਲਵੀਰ ਕੌਰ ਜੱਟਾਣਾ ਪਤਨੀ ਰਣਜੀਤ ਸਿੰਘ ਵਾ…	[3, 1238, 183, 1280]
list-item: ☛ਮੈਂ Parmjeet Kaur ਪਤਨੀ ਵਾਸੀ ਨੇ ਆਪਣਾ ਨਾਮ…	[564, 129, 744, 157]
pointing-hand-icon: ☛	[380, 865, 388, 875]
list-item: ☛I, Jasvir Kaur Maan w/o Sukhjinder Sing…	[564, 917, 744, 998]
case-title: ਬਾ-ਅਨੁਵਾਨ: ਗੁਰਜੰਟ ਸਿੰਘ ਵਗੈਰਾ	[1341, 166, 1503, 178]
list-item: ☛ਮੈਂ Kawaljeet Kaur ਪਤਨੀ ਨਵਦੀਪ ਸਿੰਘ ਵਾਸੀ…	[3, 617, 183, 659]
pointing-hand-icon: ☛	[380, 429, 388, 439]
pointing-hand-icon: ☛	[1152, 1844, 1163, 1858]
list-item: ☛ਮੈਂ ਕਮਲਜੀਤ ਪਤਨੀ ਤਿਲਕ ਰਾਜ ਵਿਜ ਨਿਵਾਸੀ ਮ.ਨ…	[3, 560, 183, 616]
pointing-hand-icon: ☛	[3, 280, 11, 290]
list-item: ☛ਮੈਂ ਦਵਿੰਦਰਾ ਕੁਮਾਰ ਪੁੱਤਰ ਫੂਲ ਸਿੰਘ (58) ਵ…	[380, 666, 558, 708]
